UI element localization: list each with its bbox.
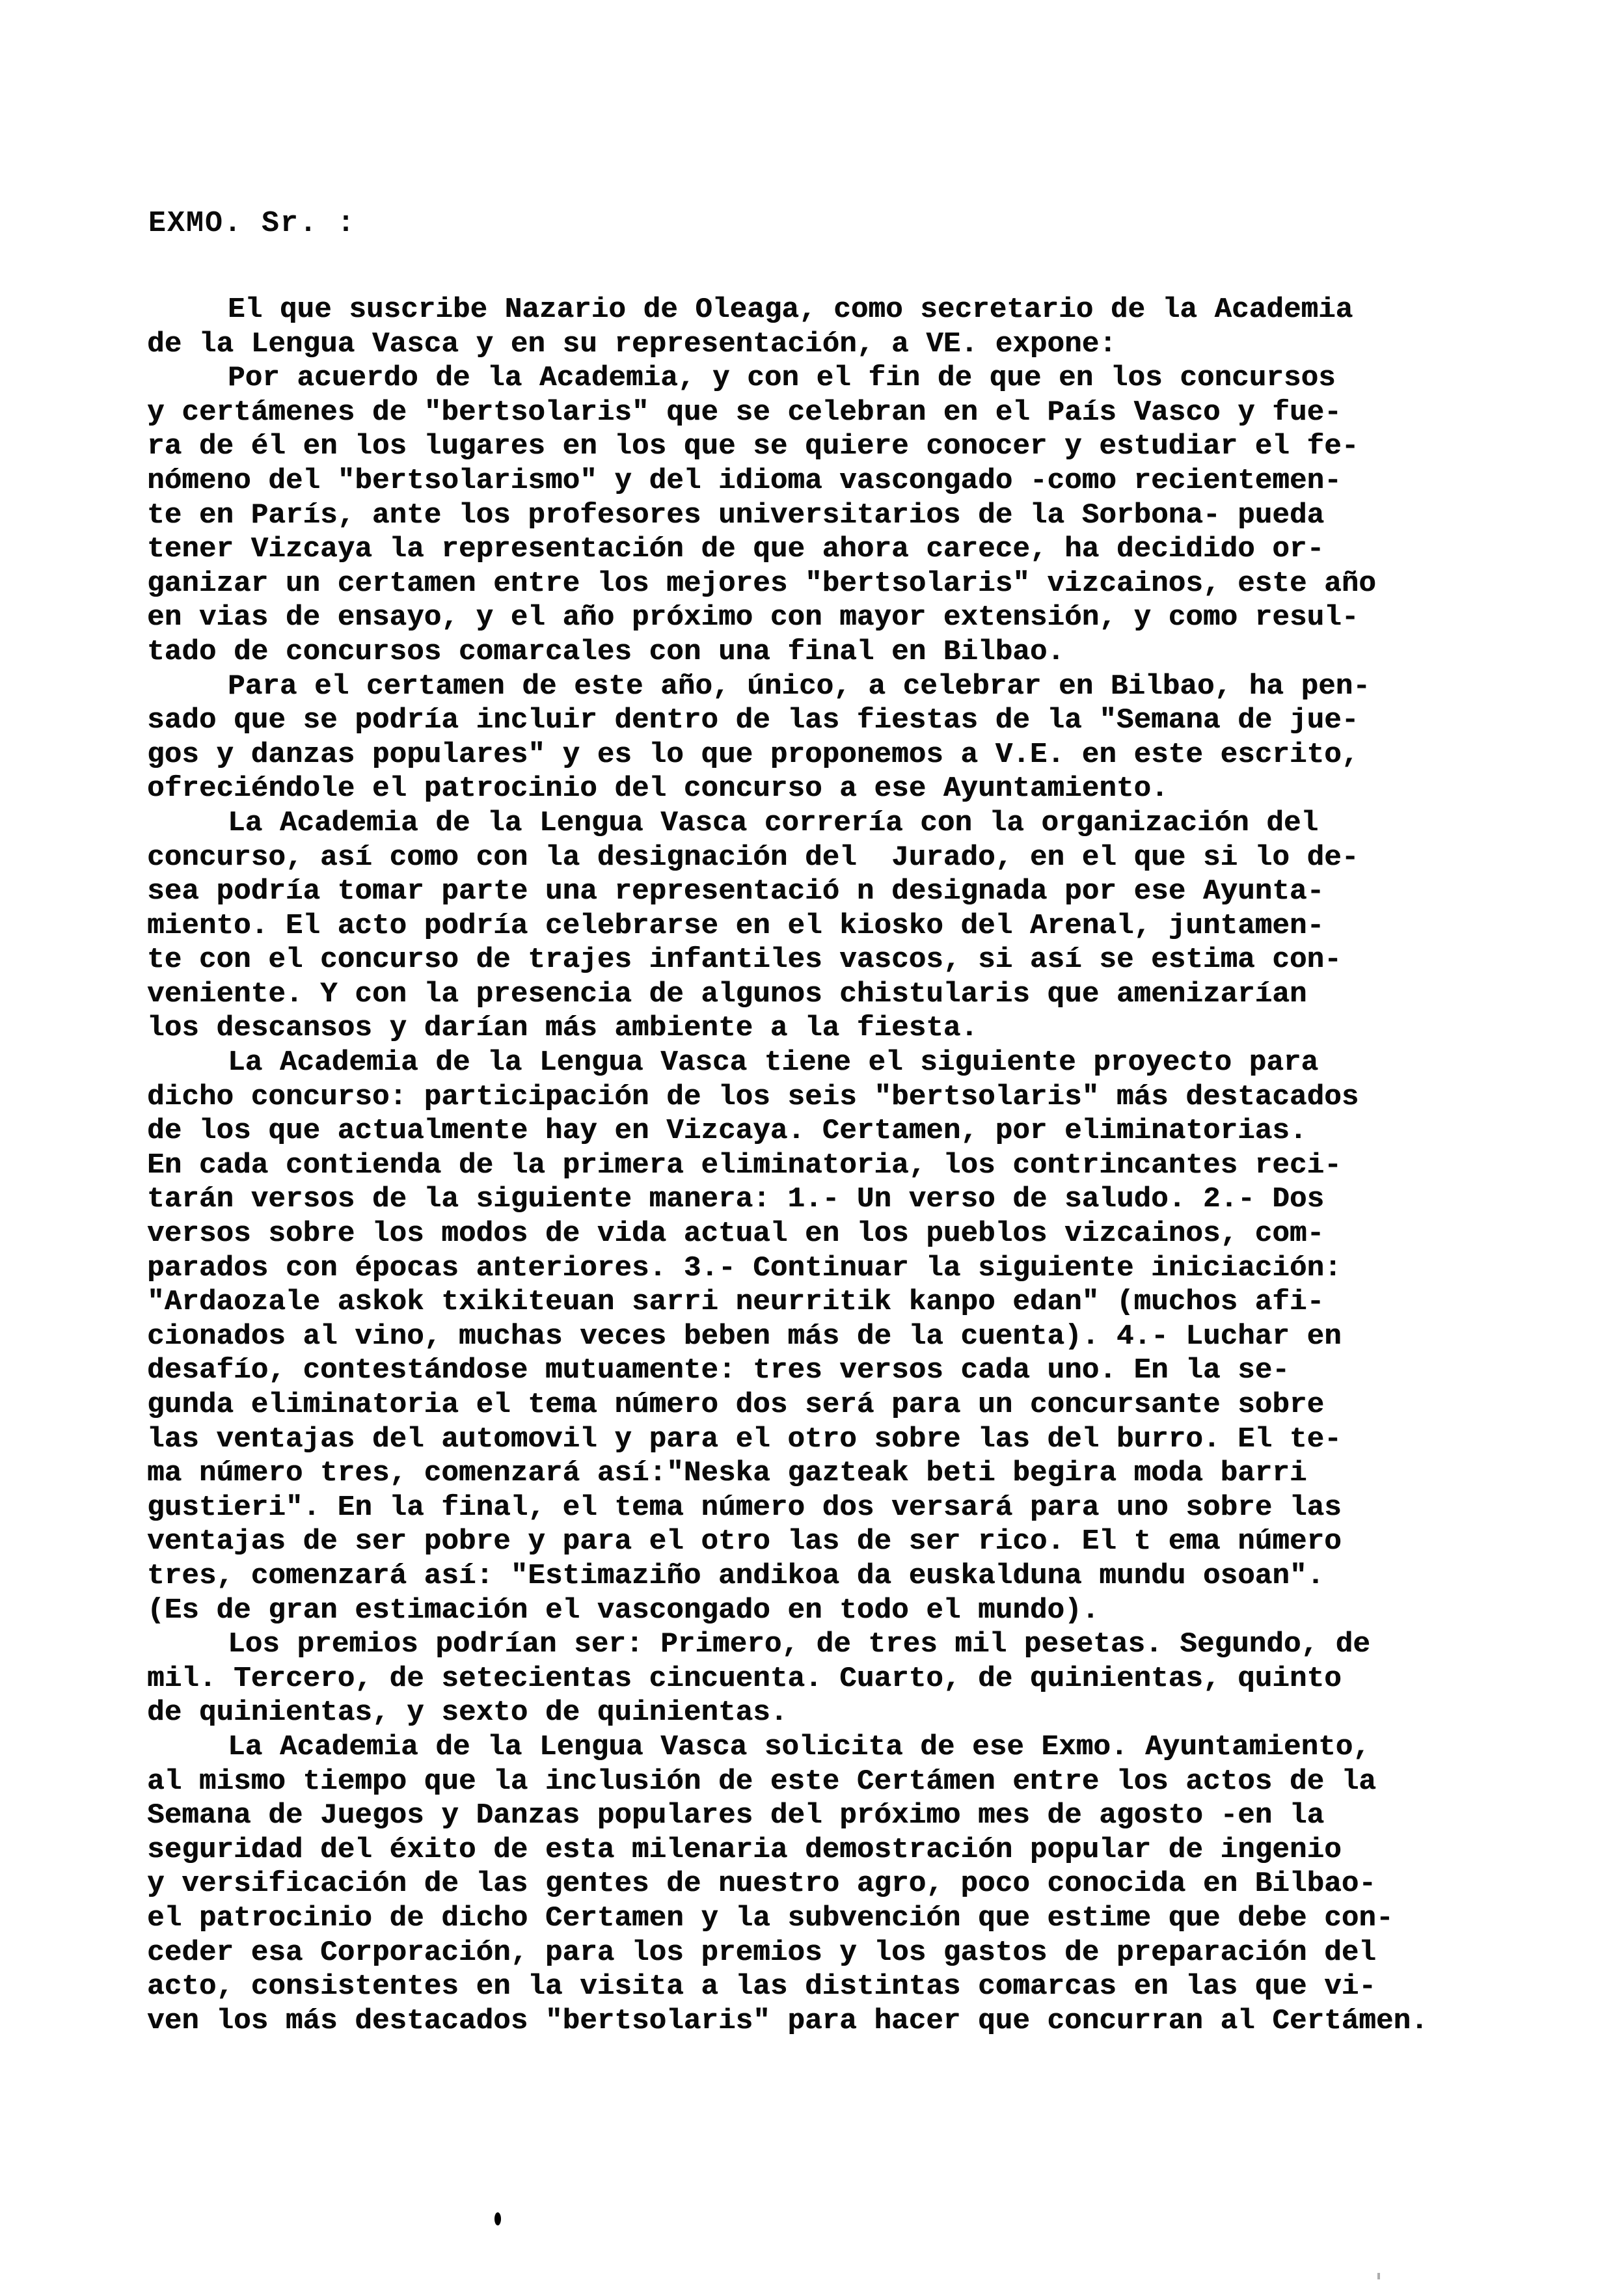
letter-line: ceder esa Corporación, para los premios … bbox=[147, 1936, 1604, 1970]
letter-line: gustieri". En la final, el tema número d… bbox=[147, 1491, 1604, 1525]
letter-line: sea podría tomar parte una representació… bbox=[147, 875, 1604, 909]
letter-line: dicho concurso: participación de los sei… bbox=[147, 1080, 1604, 1115]
letter-line: y certámenes de "bertsolaris" que se cel… bbox=[147, 396, 1604, 430]
letter-line: ganizar un certamen entre los mejores "b… bbox=[147, 567, 1604, 601]
typewritten-letter-page: EXMO. Sr. : El que suscribe Nazario de O… bbox=[0, 0, 1624, 2282]
faint-scan-mark bbox=[1377, 2273, 1380, 2279]
letter-line: seguridad del éxito de esta milenaria de… bbox=[147, 1833, 1604, 1868]
letter-line: En cada contienda de la primera eliminat… bbox=[147, 1148, 1604, 1183]
letter-line: los descansos y darían más ambiente a la… bbox=[147, 1011, 1604, 1046]
letter-line: miento. El acto podría celebrarse en el … bbox=[147, 909, 1604, 944]
letter-line: al mismo tiempo que la inclusión de este… bbox=[147, 1765, 1604, 1799]
letter-line: La Academia de la Lengua Vasca tiene el … bbox=[147, 1046, 1604, 1080]
letter-line: Para el certamen de este año, único, a c… bbox=[147, 670, 1604, 704]
letter-line: ven los más destacados "bertsolaris" par… bbox=[147, 2004, 1604, 2039]
letter-line: La Academia de la Lengua Vasca correría … bbox=[147, 806, 1604, 841]
letter-line: tres, comenzará así: "Estimaziño andikoa… bbox=[147, 1559, 1604, 1594]
letter-line: versos sobre los modos de vida actual en… bbox=[147, 1217, 1604, 1251]
letter-line: La Academia de la Lengua Vasca solicita … bbox=[147, 1730, 1604, 1765]
salutation: EXMO. Sr. : bbox=[148, 207, 356, 241]
letter-line: El que suscribe Nazario de Oleaga, como … bbox=[147, 293, 1604, 327]
letter-line: te en París, ante los profesores univers… bbox=[147, 498, 1604, 533]
letter-line: ma número tres, comenzará así:"Neska gaz… bbox=[147, 1456, 1604, 1491]
letter-line: Por acuerdo de la Academia, y con el fin… bbox=[147, 361, 1604, 396]
letter-line: cionados al vino, muchas veces beben más… bbox=[147, 1320, 1604, 1354]
letter-line: ra de él en los lugares en los que se qu… bbox=[147, 429, 1604, 464]
letter-line: Semana de Juegos y Danzas populares del … bbox=[147, 1799, 1604, 1833]
letter-line: el patrocinio de dicho Certamen y la sub… bbox=[147, 1901, 1604, 1936]
letter-line: "Ardaozale askok txikiteuan sarri neurri… bbox=[147, 1285, 1604, 1320]
letter-line: en vias de ensayo, y el año próximo con … bbox=[147, 601, 1604, 635]
letter-line: gunda eliminatoria el tema número dos se… bbox=[147, 1388, 1604, 1422]
letter-line: ventajas de ser pobre y para el otro las… bbox=[147, 1525, 1604, 1559]
letter-line: ofreciéndole el patrocinio del concurso … bbox=[147, 772, 1604, 806]
letter-line: desafío, contestándose mutuamente: tres … bbox=[147, 1353, 1604, 1388]
ink-dot-mark bbox=[494, 2212, 501, 2225]
letter-line: sado que se podría incluir dentro de las… bbox=[147, 703, 1604, 738]
letter-line: mil. Tercero, de setecientas cincuenta. … bbox=[147, 1662, 1604, 1696]
letter-line: (Es de gran estimación el vascongado en … bbox=[147, 1594, 1604, 1628]
letter-line: nómeno del "bertsolarismo" y del idioma … bbox=[147, 464, 1604, 498]
letter-line: de los que actualmente hay en Vizcaya. C… bbox=[147, 1114, 1604, 1148]
letter-line: y versificación de las gentes de nuestro… bbox=[147, 1867, 1604, 1901]
letter-line: gos y danzas populares" y es lo que prop… bbox=[147, 738, 1604, 772]
letter-line: tado de concursos comarcales con una fin… bbox=[147, 635, 1604, 670]
letter-line: acto, consistentes en la visita a las di… bbox=[147, 1970, 1604, 2004]
letter-line: veniente. Y con la presencia de algunos … bbox=[147, 977, 1604, 1012]
letter-line: Los premios podrían ser: Primero, de tre… bbox=[147, 1627, 1604, 1662]
letter-line: concurso, así como con la designación de… bbox=[147, 841, 1604, 875]
letter-line: de la Lengua Vasca y en su representació… bbox=[147, 327, 1604, 362]
letter-body: El que suscribe Nazario de Oleaga, como … bbox=[147, 293, 1604, 2038]
letter-line: parados con épocas anteriores. 3.- Conti… bbox=[147, 1251, 1604, 1286]
letter-line: te con el concurso de trajes infantiles … bbox=[147, 943, 1604, 977]
letter-line: tener Vizcaya la representación de que a… bbox=[147, 532, 1604, 567]
letter-line: de quinientas, y sexto de quinientas. bbox=[147, 1696, 1604, 1730]
letter-line: las ventajas del automovil y para el otr… bbox=[147, 1422, 1604, 1457]
letter-line: tarán versos de la siguiente manera: 1.-… bbox=[147, 1182, 1604, 1217]
